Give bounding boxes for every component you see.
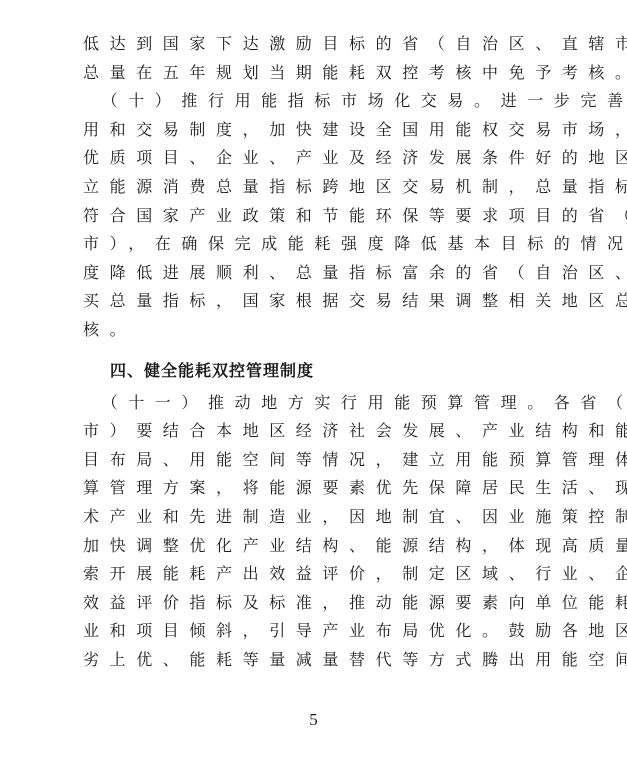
text-line: 低达到国家下达激励目标的省（自治区、直辖市），其能源消费 (83, 30, 545, 59)
text-line: 用和交易制度，加快建设全国用能权交易市场，推动能源要素向 (83, 116, 545, 145)
text-line: （十一）推动地方实行用能预算管理。各省（自治区、直辖 (83, 389, 545, 418)
text-line: 总量在五年规划当期能耗双控考核中免予考核。 (83, 59, 545, 88)
text-line: 加快调整优化产业结构、能源结构，体现高质量发展要求。可探 (83, 532, 545, 561)
text-line: 业和项目倾斜，引导产业布局优化。鼓励各地区依法依规通过汰 (83, 617, 545, 646)
text-line: （十）推行用能指标市场化交易。进一步完善用能权有偿使 (83, 87, 545, 116)
paragraph-energy-consumption-exemption: 低达到国家下达激励目标的省（自治区、直辖市），其能源消费 总量在五年规划当期能耗… (83, 30, 545, 87)
section-heading: 四、健全能耗双控管理制度 (83, 353, 545, 389)
text-line: 市），在确保完成能耗强度降低基本目标的情况下，可向能耗强 (83, 230, 545, 259)
paragraph-11-energy-budget: （十一）推动地方实行用能预算管理。各省（自治区、直辖 市）要结合本地区经济社会发… (83, 389, 545, 675)
text-line: 劣上优、能耗等量减量替代等方式腾出用能空间，纳入本地区用 (83, 646, 545, 675)
text-line: 效益评价指标及标准，推动能源要素向单位能耗产出效益高的产 (83, 589, 545, 618)
text-line: 目布局、用能空间等情况，建立用能预算管理体系，编制用能预 (83, 446, 545, 475)
text-line: 优质项目、企业、产业及经济发展条件好的地区流动和集聚。建 (83, 144, 545, 173)
text-line: 立能源消费总量指标跨地区交易机制，总量指标不足、需新布局 (83, 173, 545, 202)
text-line: 度降低进展顺利、总量指标富余的省（自治区、直辖市）有偿购 (83, 259, 545, 288)
text-line: 算管理方案，将能源要素优先保障居民生活、现代服务业、高技 (83, 474, 545, 503)
text-line: 核。 (83, 316, 545, 345)
document-page: 低达到国家下达激励目标的省（自治区、直辖市），其能源消费 总量在五年规划当期能耗… (0, 0, 627, 760)
text-line: 买总量指标，国家根据交易结果调整相关地区总量目标并进行考 (83, 287, 545, 316)
paragraph-10-market-trading: （十）推行用能指标市场化交易。进一步完善用能权有偿使 用和交易制度，加快建设全国… (83, 87, 545, 344)
body-text: 低达到国家下达激励目标的省（自治区、直辖市），其能源消费 总量在五年规划当期能耗… (83, 30, 545, 674)
text-line: 市）要结合本地区经济社会发展、产业结构和能源结构、重大项 (83, 417, 545, 446)
text-line: 索开展能耗产出效益评价，制定区域、行业、企业单位能耗产出 (83, 560, 545, 589)
text-line: 符合国家产业政策和节能环保等要求项目的省（自治区、直辖 (83, 202, 545, 231)
page-number: 5 (0, 710, 627, 730)
text-line: 术产业和先进制造业，因地制宜、因业施策控制化石能源消费， (83, 503, 545, 532)
